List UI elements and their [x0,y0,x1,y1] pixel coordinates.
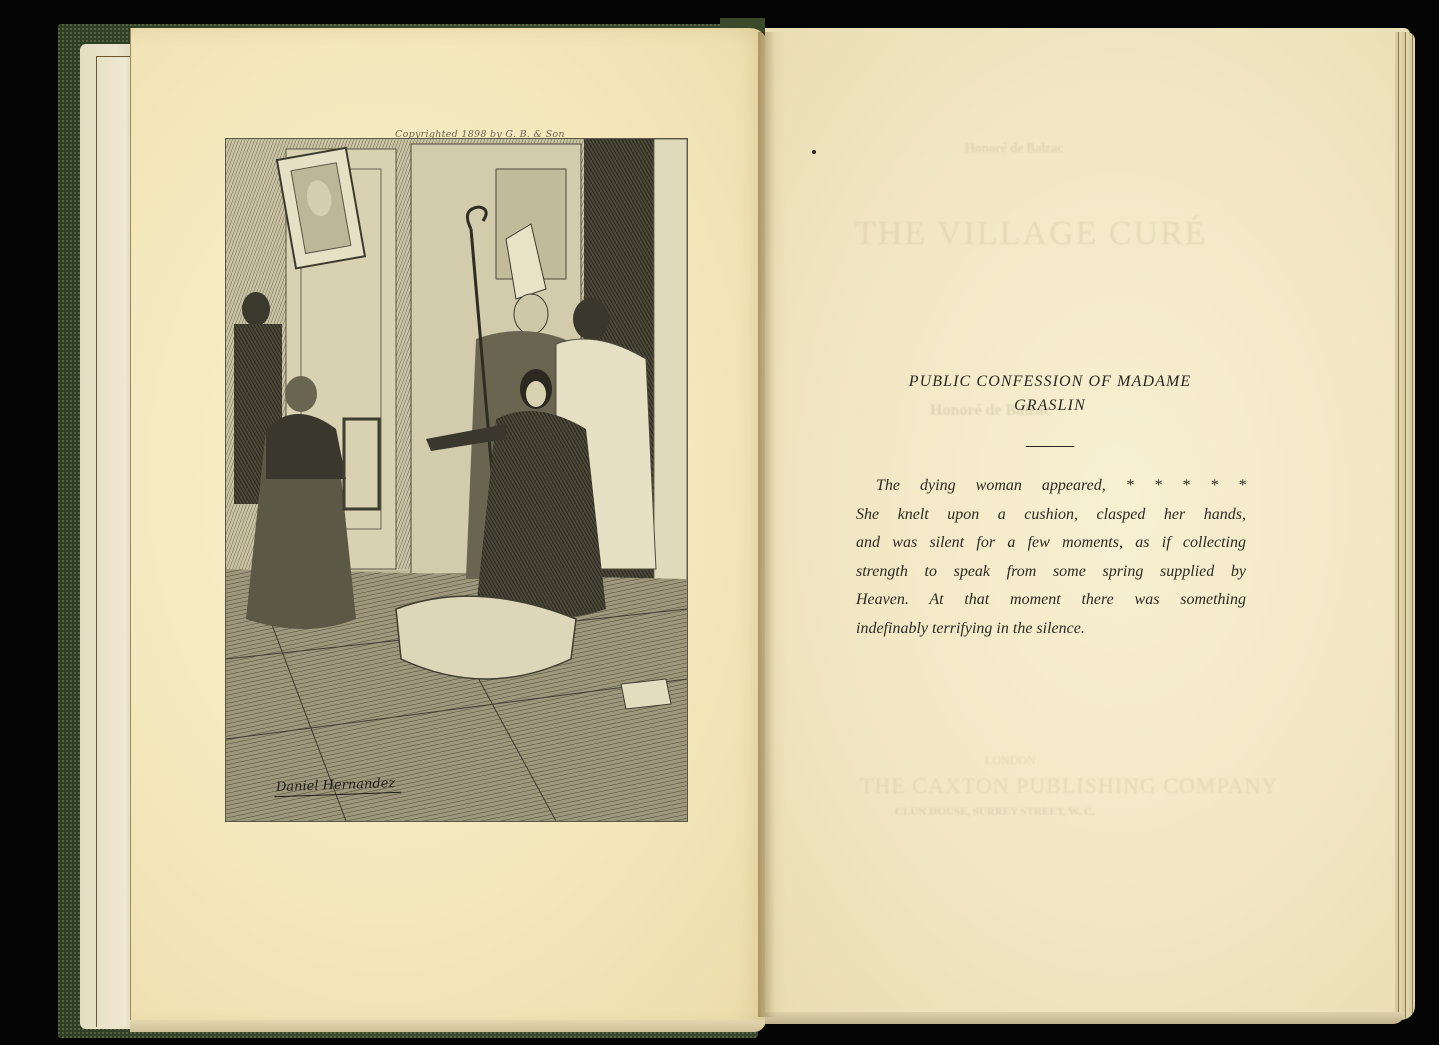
caption-title-line-2: GRASLIN [850,394,1250,418]
gutter-shadow [758,32,786,1017]
open-book-scan: Copyrighted 1898 by G. B. & Son [0,0,1439,1045]
page-block-edge [1395,32,1415,1020]
engraving-artwork [226,139,687,821]
caption-line: Heaven. At that moment there was somethi… [856,586,1246,615]
caption-line: She knelt upon a cushion, clasped her ha… [856,501,1246,530]
caption-line: The dying woman appeared, * * * * * [856,472,1246,501]
left-page-edge [130,1020,766,1032]
caption-title: PUBLIC CONFESSION OF MADAME GRASLIN [850,370,1250,418]
show-through-text: Honoré de Balzac [965,140,1063,156]
caption-line: strength to speak from some spring suppl… [856,558,1246,587]
caption-line: indefinably terrifying in the silence. [856,615,1246,644]
show-through-publisher: THE CAXTON PUBLISHING COMPANY [860,773,1278,799]
show-through-title: THE VILLAGE CURÉ [855,215,1207,253]
caption-passage: The dying woman appeared, * * * * * She … [856,472,1246,643]
show-through-city: LONDON [985,753,1036,768]
engraving-illustration [225,138,688,822]
caption-line: and was silent for a few moments, as if … [856,529,1246,558]
paper-speck [812,150,816,154]
caption-divider [1026,446,1074,447]
show-through-address: CLUN HOUSE, SURREY STREET, W. C. [895,806,1095,818]
right-page-edge [765,1012,1405,1024]
caption-title-line-1: PUBLIC CONFESSION OF MADAME [850,370,1250,394]
